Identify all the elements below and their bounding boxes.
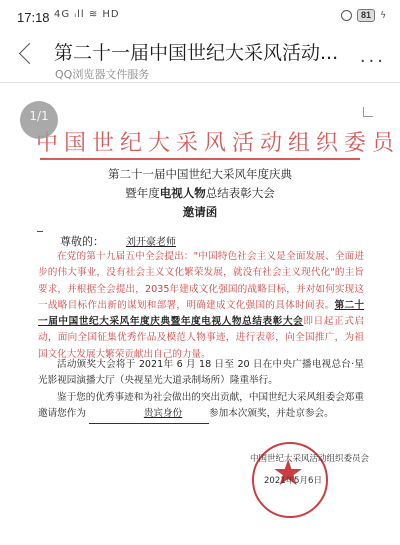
event-title-line1: 第二十一届中国世纪大采风年度庆典 [0, 166, 400, 182]
clock: 17:18 [17, 10, 50, 25]
page-subtitle: QQ浏览器文件服务 [55, 66, 149, 82]
app-header: 第二十一届中国世纪大采风活动... QQ浏览器文件服务 ... [0, 32, 400, 83]
paragraph-3: 鉴于您的优秀事迹和为社会做出的突出贡献，中国世纪大采风组委会郑重邀请您作为 贵宾… [38, 390, 364, 424]
more-options-icon[interactable]: ... [360, 46, 386, 67]
line2-prefix: 暨年度 [125, 186, 160, 200]
back-icon[interactable] [19, 43, 40, 64]
guest-role-blank: 贵宾身份 [89, 406, 209, 423]
battery-icon: 81 [357, 9, 375, 22]
p1-red-text: 在党的第十九届五中全会提出："中国特色社会主义是全面发展、全面进步的伟大事业，没… [38, 251, 364, 311]
guest-role: 贵宾身份 [144, 408, 182, 419]
organization-title: 中国世纪大采风活动组织委员会 [36, 126, 366, 157]
crop-corner-mark [363, 107, 373, 117]
paragraph-2: 活动颁奖大会将于 2021年 6 月 18 日至 20 日在中央广播电视总台·星… [38, 357, 364, 390]
line2-bold: 电视人物 [160, 186, 206, 200]
recipient-name: 刘开豪老师 [126, 237, 176, 248]
page-title: 第二十一届中国世纪大采风活动... [54, 38, 338, 65]
paragraph-1: 在党的第十九届五中全会提出："中国特色社会主义是全面发展、全面进步的伟大事业，没… [38, 249, 364, 363]
signature-date: 2021年5月6日 [264, 474, 322, 486]
status-bar: 17:18 4G ᵢll ≋ HD 81 ϟ [0, 0, 400, 32]
page-indicator: 1/1 [20, 101, 58, 139]
charging-icon: ϟ [380, 11, 386, 21]
event-title-line2: 暨年度电视人物总结表彰大会 [0, 185, 400, 201]
signal-wifi-icons: 4G ᵢll ≋ HD [54, 9, 120, 20]
greeting: 尊敬的：刘开豪老师 [60, 233, 176, 249]
signature-organization: 中国世纪大采风活动组织委员会 [250, 452, 369, 464]
alarm-icon [341, 10, 352, 21]
greeting-label: 尊敬的： [60, 235, 104, 248]
p3-text-b: 参加本次颁奖，并赴京参会。 [209, 408, 334, 419]
status-right: 81 ϟ [341, 9, 386, 22]
invitation-heading: 邀请函 [0, 204, 400, 220]
title-divider [40, 158, 360, 160]
margin-mark [37, 231, 43, 232]
line2-suffix: 总结表彰大会 [206, 186, 275, 200]
